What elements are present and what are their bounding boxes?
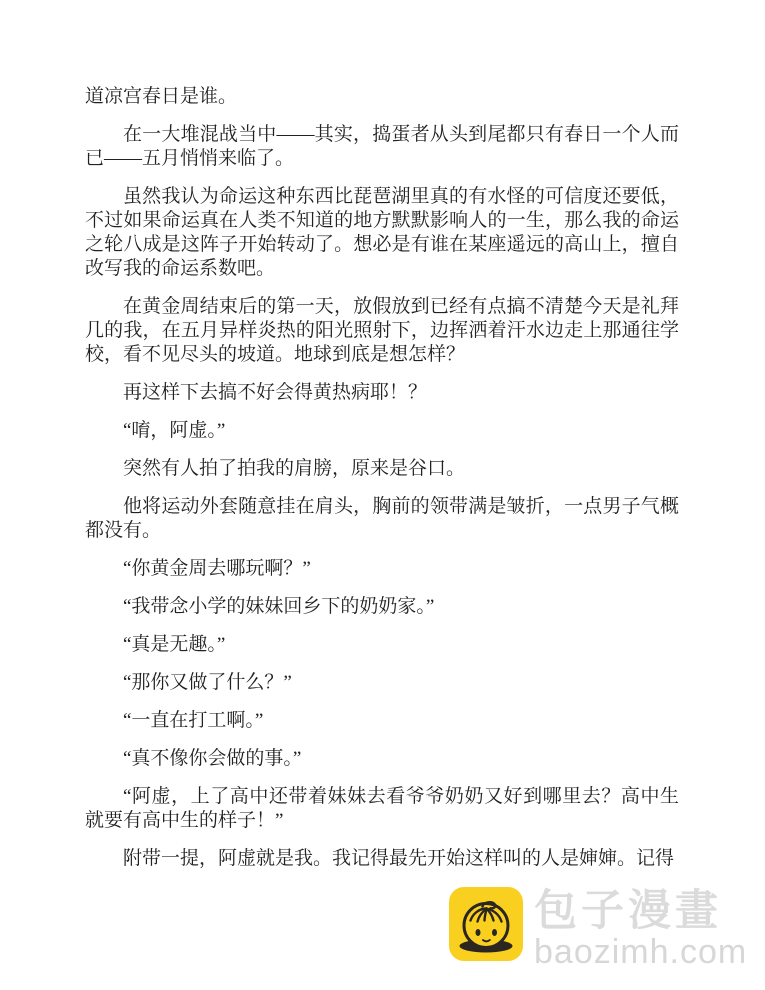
paragraph: 虽然我认为命运这种东西比琵琶湖里真的有水怪的可信度还要低，不过如果命运真在人类不…	[85, 185, 679, 281]
paragraph: 突然有人拍了拍我的肩膀，原来是谷口。	[85, 457, 679, 481]
paragraph: 道凉宫春日是谁。	[85, 85, 679, 109]
baozi-bun-icon	[449, 887, 523, 961]
watermark-text: 包子漫畫 baozimh.com	[534, 887, 747, 969]
paragraph-dialogue: “我带念小学的妹妹回乡下的奶奶家。”	[85, 595, 679, 619]
paragraph-dialogue: “一直在打工啊。”	[85, 709, 679, 733]
novel-text: 道凉宫春日是谁。 在一大堆混战当中——其实，捣蛋者从头到尾都只有春日一个人而已—…	[85, 85, 679, 885]
paragraph: 在黄金周结束后的第一天，放假放到已经有点搞不清楚今天是礼拜几的我，在五月异样炎热…	[85, 295, 679, 367]
paragraph-dialogue: “阿虚，上了高中还带着妹妹去看爷爷奶奶又好到哪里去？高中生就要有高中生的样子！”	[85, 785, 679, 833]
baozimh-watermark: 包子漫畫 baozimh.com	[449, 887, 747, 969]
paragraph-dialogue: “那你又做了什么？”	[85, 671, 679, 695]
paragraph: 在一大堆混战当中——其实，捣蛋者从头到尾都只有春日一个人而已——五月悄悄来临了。	[85, 123, 679, 171]
paragraph: 附带一提，阿虚就是我。我记得最先开始这样叫的人是婶婶。记得	[85, 847, 679, 871]
paragraph-dialogue: “真是无趣。”	[85, 633, 679, 657]
paragraph: 他将运动外套随意挂在肩头，胸前的领带满是皱折，一点男子气概都没有。	[85, 495, 679, 543]
watermark-site-name: 包子漫畫	[534, 890, 747, 933]
paragraph-dialogue: “真不像你会做的事。”	[85, 747, 679, 771]
novel-page: 道凉宫春日是谁。 在一大堆混战当中——其实，捣蛋者从头到尾都只有春日一个人而已—…	[0, 0, 765, 990]
paragraph-dialogue: “你黄金周去哪玩啊？”	[85, 557, 679, 581]
paragraph-dialogue: “唷，阿虚。”	[85, 419, 679, 443]
paragraph: 再这样下去搞不好会得黄热病耶！？	[85, 381, 679, 405]
watermark-site-url: baozimh.com	[534, 935, 747, 969]
